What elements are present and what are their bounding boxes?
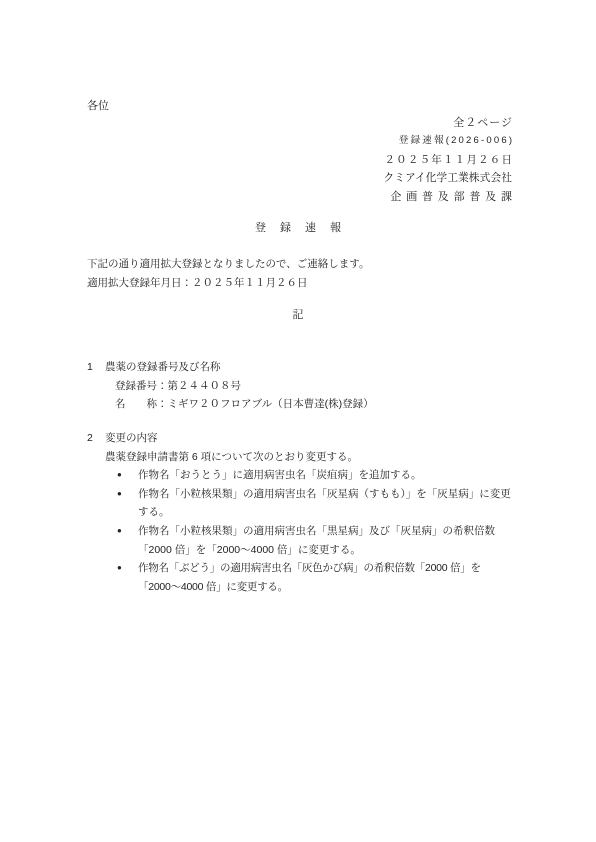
- bulletin-number: 登録速報(2026-006): [383, 132, 514, 150]
- change-item-text: 作物名「小粒核果類」の適用病害虫名「黒星病」及び「灰星病」の希釈倍数「2000 …: [138, 525, 495, 556]
- product-name-line: 名 称：ミギワ２０フロアブル（日本曹達(株)登録）: [87, 395, 512, 414]
- page-count: 全２ページ: [383, 114, 513, 132]
- list-item: ● 作物名「小粒核果類」の適用病害虫名「灰星病（すもも）」を「灰星病」に変更する…: [87, 485, 512, 522]
- section1-heading: 1農薬の登録番号及び名称: [87, 358, 512, 377]
- bullet-icon: ●: [117, 559, 122, 578]
- section2-heading: 2変更の内容: [87, 429, 512, 448]
- section-change-details: 2変更の内容 農薬登録申請書第 6 項について次のとおり変更する。 ● 作物名「…: [87, 429, 512, 596]
- change-list: ● 作物名「おうとう」に適用病害虫名「炭疽病」を追加する。 ● 作物名「小粒核果…: [87, 466, 512, 596]
- document-page: 各位 全２ページ 登録速報(2026-006) ２０２５年１１月２６日 クミアイ…: [0, 0, 596, 842]
- list-item: ● 作物名「おうとう」に適用病害虫名「炭疽病」を追加する。: [87, 466, 512, 485]
- change-item-text: 作物名「小粒核果類」の適用病害虫名「灰星病（すもも）」を「灰星病」に変更する。: [138, 488, 511, 519]
- change-item-text: 作物名「おうとう」に適用病害虫名「炭疽病」を追加する。: [138, 469, 422, 481]
- change-item-text: 作物名「ぶどう」の適用病害虫名「灰色かび病」の希釈倍数「2000 倍」を「200…: [138, 562, 481, 593]
- document-title: 登録速報: [0, 219, 596, 235]
- company-name: クミアイ化学工業株式会社: [383, 169, 512, 187]
- list-item: ● 作物名「ぶどう」の適用病害虫名「灰色かび病」の希釈倍数「2000 倍」を「2…: [87, 559, 512, 596]
- section2-lead: 農薬登録申請書第 6 項について次のとおり変更する。: [87, 448, 512, 467]
- section2-number: 2: [87, 429, 105, 448]
- registration-date-line: 適用拡大登録年月日：２０２５年１１月２６日: [87, 275, 308, 290]
- section2-heading-text: 変更の内容: [105, 432, 158, 444]
- bullet-icon: ●: [117, 466, 122, 485]
- department-name: 企画普及部普及課: [383, 188, 516, 206]
- bullet-icon: ●: [117, 485, 122, 504]
- registration-number-line: 登録番号：第２４４０８号: [87, 377, 512, 396]
- list-item: ● 作物名「小粒核果類」の適用病害虫名「黒星病」及び「灰星病」の希釈倍数「200…: [87, 522, 512, 559]
- salutation: 各位: [87, 97, 109, 113]
- section1-heading-text: 農薬の登録番号及び名称: [105, 361, 221, 373]
- record-marker: 記: [0, 306, 596, 322]
- section-registration-info: 1農薬の登録番号及び名称 登録番号：第２４４０８号 名 称：ミギワ２０フロアブル…: [87, 358, 512, 414]
- bullet-icon: ●: [117, 522, 122, 541]
- header-right-block: 全２ページ 登録速報(2026-006) ２０２５年１１月２６日 クミアイ化学工…: [383, 114, 512, 206]
- intro-text: 下記の通り適用拡大登録となりましたので、ご連絡します。: [87, 256, 369, 271]
- issue-date: ２０２５年１１月２６日: [383, 151, 513, 169]
- section1-number: 1: [87, 358, 105, 377]
